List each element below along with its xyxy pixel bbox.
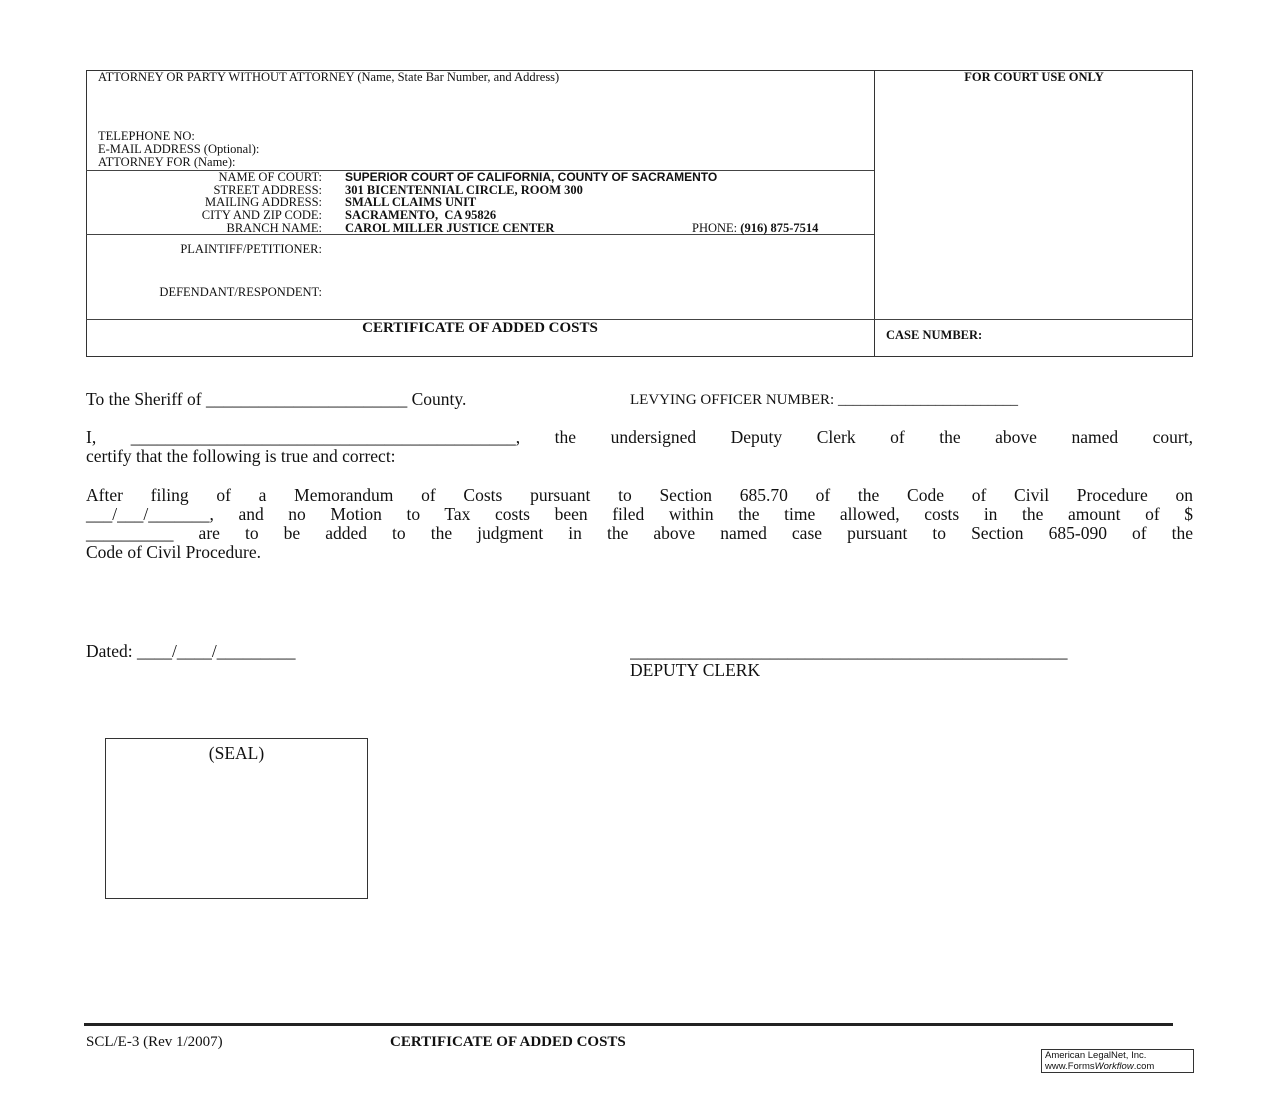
email-field[interactable] [320,143,860,156]
levying-officer-blank[interactable]: ________________________ [838,392,1018,408]
para-line-2[interactable]: ___/___/_______, and no Motion to Tax co… [86,505,1193,524]
seal-label: (SEAL) [106,744,367,763]
footer-form-code: SCL/E-3 (Rev 1/2007) [86,1034,223,1051]
branch-name-value: CAROL MILLER JUSTICE CENTER [345,222,554,235]
levying-line: LEVYING OFFICER NUMBER: ________________… [630,392,1018,409]
attorney-for-label: ATTORNEY FOR (Name): [98,156,236,169]
dated-line: Dated: ____/____/_________ [86,642,296,661]
plaintiff-field[interactable] [330,240,860,274]
brand-suffix: .com [1134,1061,1155,1072]
para-line-1: After filing of a Memorandum of Costs pu… [86,486,1193,505]
case-number-field[interactable] [1020,322,1188,354]
form-title: CERTIFICATE OF ADDED COSTS [86,320,874,336]
deputy-clerk-label: DEPUTY CLERK [630,661,760,680]
sheriff-prefix: To the Sheriff of [86,389,202,409]
attorney-field[interactable] [96,86,866,130]
dated-label: Dated: [86,641,133,661]
sheriff-line: To the Sheriff of ______________________… [86,390,466,409]
phone-value: (916) 875-7514 [740,221,818,235]
court-use-label: FOR COURT USE ONLY [875,71,1193,84]
brand-line-2: www.FormsWorkflow.com [1045,1062,1193,1073]
para-line-3[interactable]: __________ are to be added to the judgme… [86,524,1193,543]
attorney-for-field[interactable] [290,156,860,169]
sheriff-county-blank[interactable]: _______________________ [206,389,407,409]
telephone-field[interactable] [230,130,860,143]
brand-italic: Workflow [1095,1061,1134,1072]
dated-blank[interactable]: ____/____/_________ [137,641,295,661]
plaintiff-label: PLAINTIFF/PETITIONER: [86,243,322,256]
footer-form-title: CERTIFICATE OF ADDED COSTS [390,1034,626,1051]
sheriff-suffix: County. [412,389,467,409]
defendant-label: DEFENDANT/RESPONDENT: [86,286,322,299]
court-phone: PHONE: (916) 875-7514 [692,222,818,235]
brand-box: American LegalNet, Inc. www.FormsWorkflo… [1041,1049,1194,1073]
signature-line[interactable]: ________________________________________… [630,642,1193,661]
branch-name-label: BRANCH NAME: [86,222,322,235]
seal-box: (SEAL) [105,738,368,899]
case-number-label: CASE NUMBER: [886,328,982,342]
clerk-line-2: certify that the following is true and c… [86,447,396,466]
clerk-line-1[interactable]: I, _____________________________________… [86,428,1193,447]
para-line-4: Code of Civil Procedure. [86,543,261,562]
levying-label: LEVYING OFFICER NUMBER: [630,392,834,408]
attorney-label: ATTORNEY OR PARTY WITHOUT ATTORNEY (Name… [98,71,559,84]
phone-label: PHONE: [692,221,737,235]
footer-rule [84,1023,1173,1026]
defendant-field[interactable] [330,282,860,316]
brand-prefix: www.Forms [1045,1061,1095,1072]
caption-divider [874,70,875,357]
